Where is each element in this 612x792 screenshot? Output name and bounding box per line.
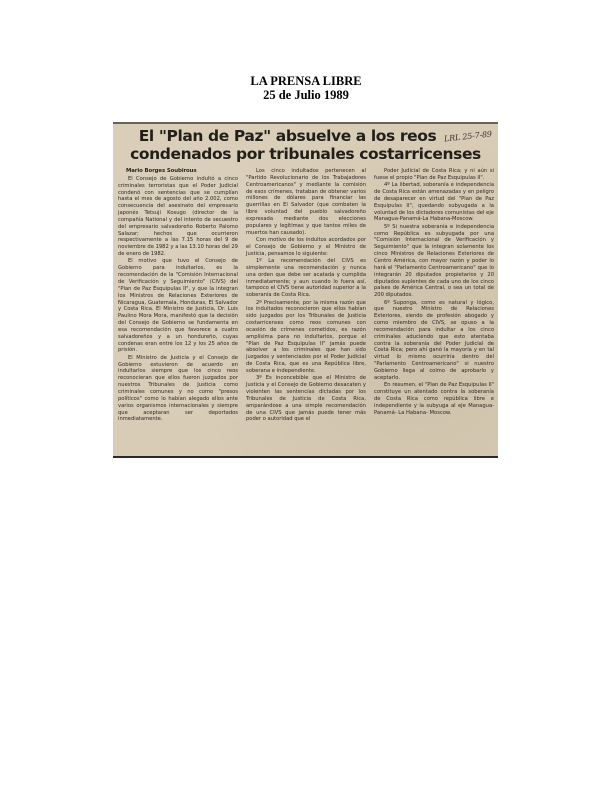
article-headline: El "Plan de Paz" absuelve a los reos con…	[113, 127, 498, 163]
headline-line-1: El "Plan de Paz" absuelve a los reos	[113, 127, 498, 145]
paragraph: Los cinco indultados pertenecen al "Part…	[246, 168, 366, 236]
byline: Mario Borges Soubirous	[126, 168, 238, 175]
paragraph: Con motivo de los indultos acordados por…	[246, 237, 366, 258]
article-column-1: Mario Borges Soubirous El Consejo de Gob…	[118, 168, 238, 423]
paragraph: 5º Si nuestra soberanía e independencia …	[374, 224, 494, 299]
publication-date: 25 de Julio 1989	[0, 88, 612, 102]
paragraph: El motivo que tuvo el Consejo de Gobiern…	[118, 258, 238, 354]
paragraph: 3º Es inconcebible que el Ministro de Ju…	[246, 375, 366, 423]
publication-name: LA PRENSA LIBRE	[0, 74, 612, 88]
article-body: Mario Borges Soubirous El Consejo de Gob…	[118, 168, 493, 454]
paragraph: El Ministro de Justicia y el Consejo de …	[118, 355, 238, 423]
paragraph: Poder Judicial de Costa Rica; y ni aún s…	[374, 168, 494, 182]
paragraph: 4º La libertad, soberanía e independenci…	[374, 182, 494, 223]
headline-line-2: condenados por tribunales costarricenses	[113, 145, 498, 163]
paragraph: 6º Suponga, como es natural y lógico, qu…	[374, 300, 494, 382]
page-header: LA PRENSA LIBRE 25 de Julio 1989	[0, 74, 612, 102]
paragraph: En resumen, el "Plan de Paz Esquipulas I…	[374, 382, 494, 416]
paragraph: 2º Precisamente, por la misma razón que …	[246, 300, 366, 375]
paragraph: El Consejo de Gobierno indultó a cinco c…	[118, 176, 238, 258]
article-column-3: Poder Judicial de Costa Rica; y ni aún s…	[374, 168, 494, 416]
paragraph: 1º La recomendación del CIVS es simpleme…	[246, 258, 366, 299]
article-column-2: Los cinco indultados pertenecen al "Part…	[246, 168, 366, 423]
newspaper-clipping: El "Plan de Paz" absuelve a los reos con…	[113, 122, 498, 458]
